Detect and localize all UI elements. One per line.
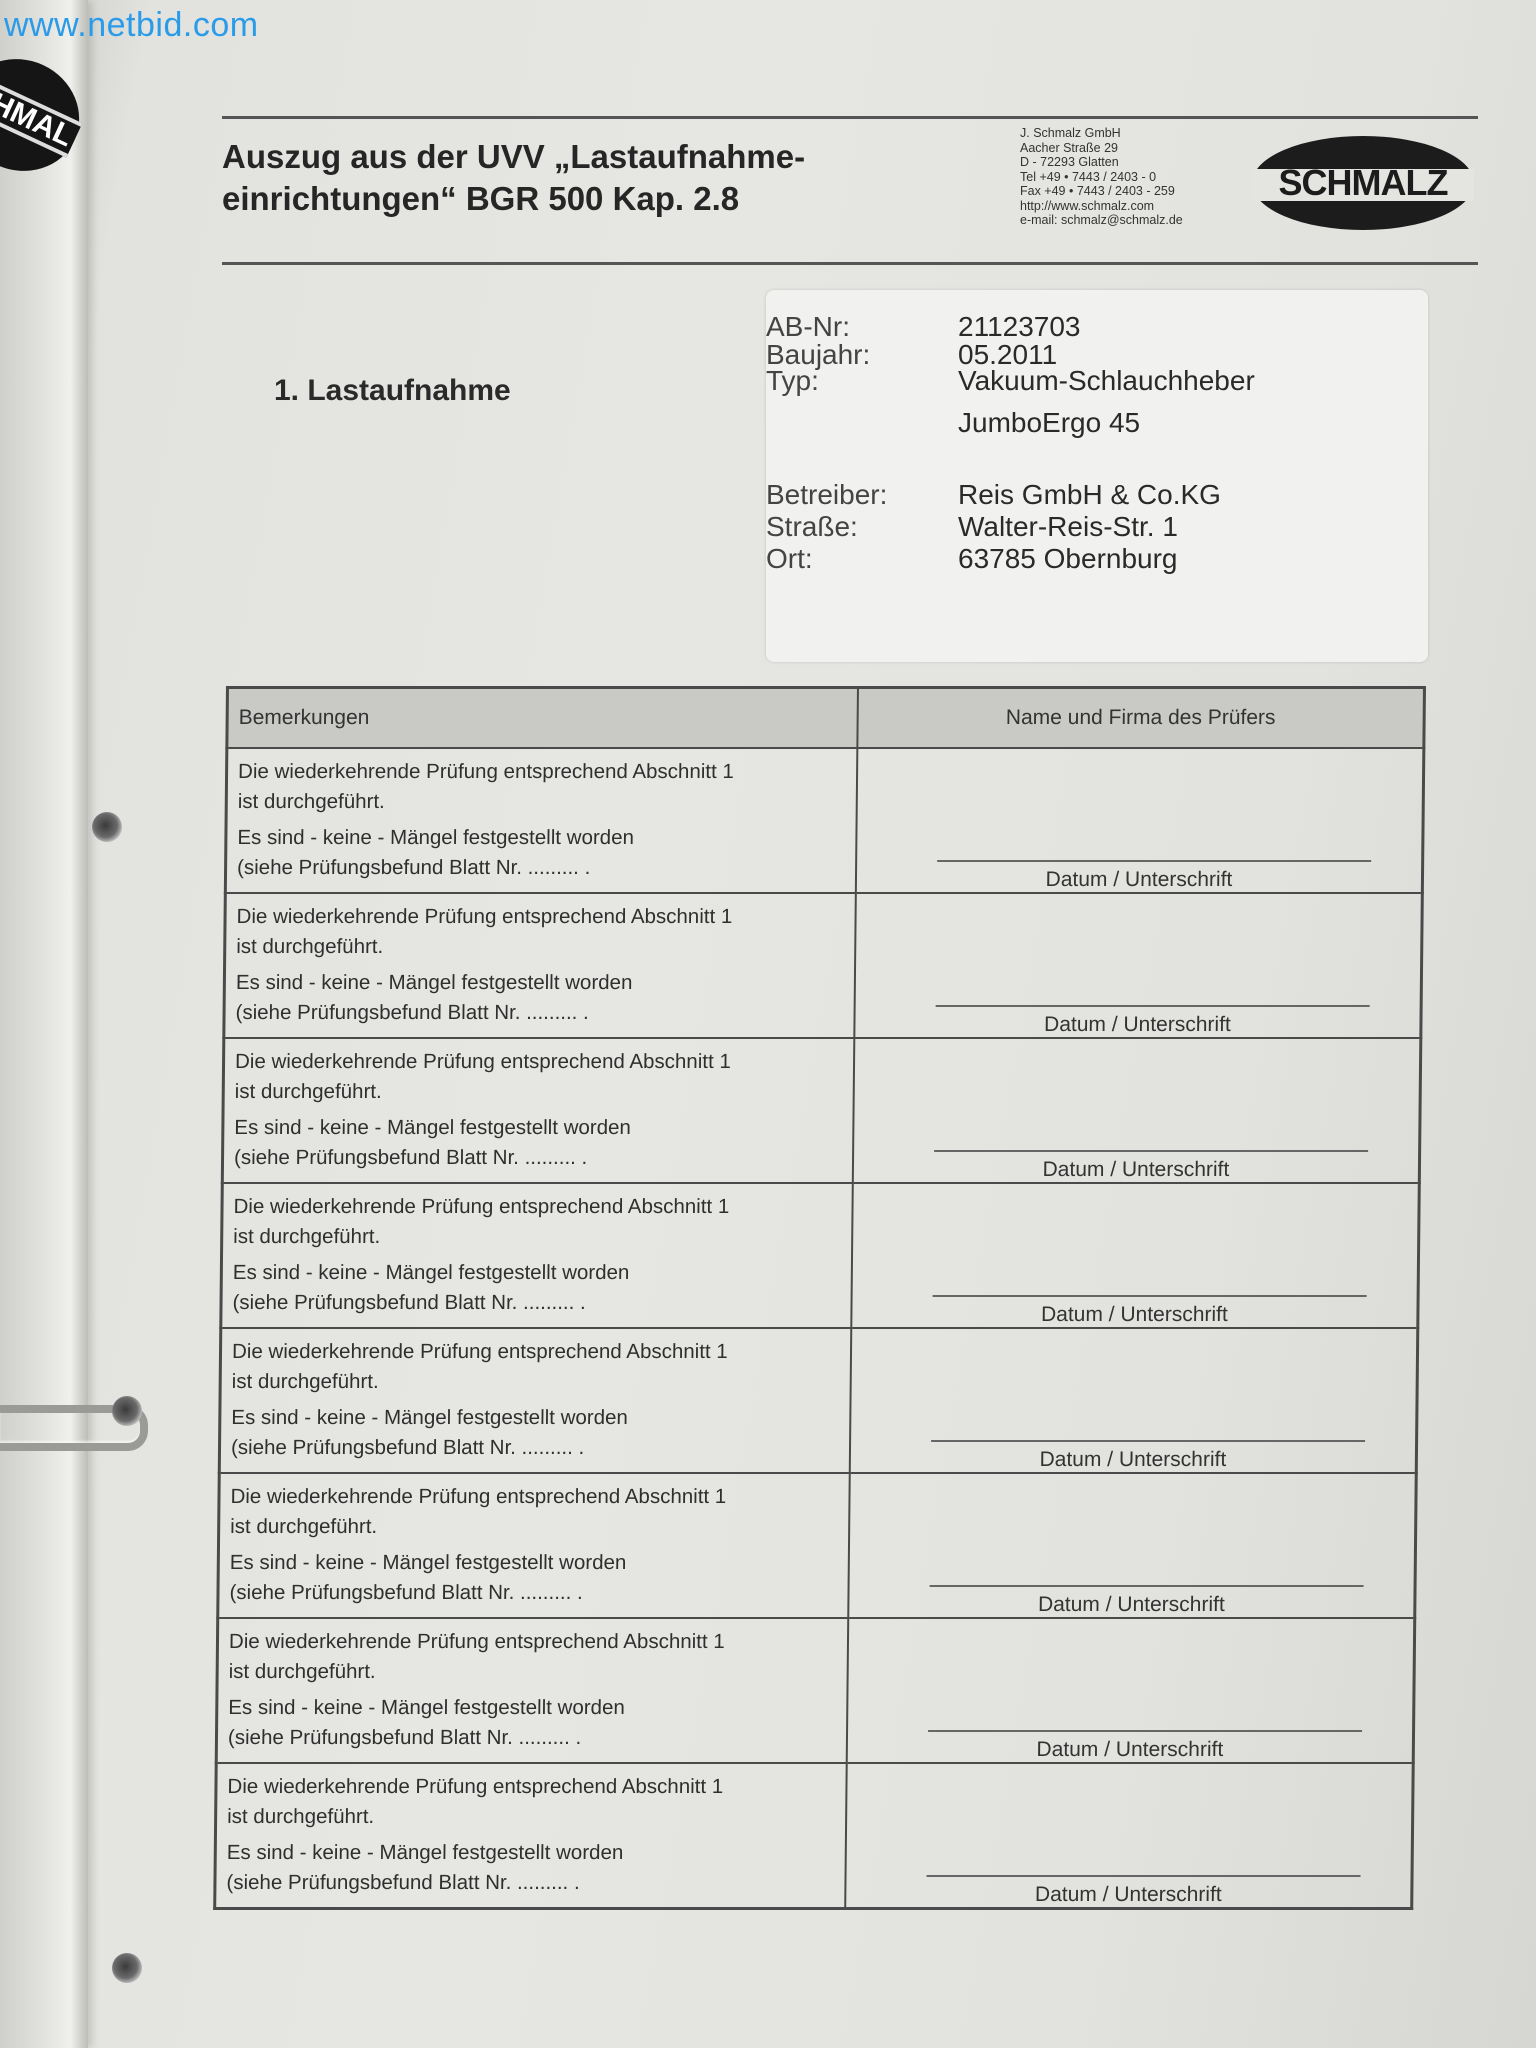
label-value: Reis GmbH & Co.KG [958, 480, 1221, 510]
remark-line: (siehe Prüfungsbefund Blatt Nr. ........… [228, 1723, 836, 1753]
signature-caption: Datum / Unterschrift [854, 1158, 1418, 1182]
company-address: J. Schmalz GmbHAacher Straße 29D - 72293… [1020, 126, 1183, 228]
remarks-cell: Die wiederkehrende Prüfung entsprechend … [221, 1183, 853, 1328]
remark-line: ist durchgeführt. [233, 1222, 841, 1252]
table-row: Die wiederkehrende Prüfung entsprechend … [215, 1763, 1414, 1909]
table-row: Die wiederkehrende Prüfung entsprechend … [225, 748, 1424, 893]
signature-caption: Datum / Unterschrift [851, 1448, 1415, 1472]
signature-line [937, 860, 1371, 862]
remark-line: (siehe Prüfungsbefund Blatt Nr. ........… [232, 1288, 840, 1318]
signature-caption: Datum / Unterschrift [855, 1013, 1419, 1037]
remark-line: Es sind - keine - Mängel festgestellt wo… [227, 1838, 835, 1868]
remark-line: Die wiederkehrende Prüfung entsprechend … [233, 1192, 841, 1222]
remark-line: (siehe Prüfungsbefund Blatt Nr. ........… [229, 1578, 837, 1608]
label-key: Betreiber: [766, 480, 946, 510]
remark-line: (siehe Prüfungsbefund Blatt Nr. ........… [234, 1143, 842, 1173]
remark-line: ist durchgeführt. [230, 1512, 838, 1542]
company-line: http://www.schmalz.com [1020, 199, 1183, 214]
inspection-table: Bemerkungen Name und Firma des Prüfers D… [213, 686, 1426, 1910]
remark-line: (siehe Prüfungsbefund Blatt Nr. ........… [237, 853, 845, 883]
table-row: Die wiederkehrende Prüfung entsprechend … [221, 1183, 1420, 1328]
signature-line [933, 1295, 1367, 1297]
signature-caption: Datum / Unterschrift [852, 1303, 1416, 1327]
remarks-cell: Die wiederkehrende Prüfung entsprechend … [225, 748, 857, 893]
signature-line [927, 1875, 1361, 1877]
signature-caption: Datum / Unterschrift [846, 1883, 1410, 1907]
remark-line: (siehe Prüfungsbefund Blatt Nr. ........… [235, 998, 843, 1028]
company-line: J. Schmalz GmbH [1020, 126, 1183, 141]
label-key: Ort: [766, 544, 946, 574]
header-top-rule [222, 116, 1478, 119]
signature-cell[interactable]: Datum / Unterschrift [850, 1328, 1418, 1473]
remarks-cell: Die wiederkehrende Prüfung entsprechend … [215, 1763, 847, 1909]
watermark: www.netbid.com [4, 6, 259, 45]
remark-line: Es sind - keine - Mängel festgestellt wo… [230, 1548, 838, 1578]
remark-line: Die wiederkehrende Prüfung entsprechend … [236, 902, 844, 932]
table-row: Die wiederkehrende Prüfung entsprechend … [216, 1618, 1415, 1763]
signature-caption: Datum / Unterschrift [849, 1593, 1413, 1617]
remark-line: (siehe Prüfungsbefund Blatt Nr. ........… [231, 1433, 839, 1463]
equipment-label: AB-Nr:21123703Baujahr:05.2011Typ:Vakuum-… [766, 290, 1428, 662]
label-value: Walter-Reis-Str. 1 [958, 512, 1178, 542]
signature-cell[interactable]: Datum / Unterschrift [847, 1618, 1415, 1763]
label-key: Straße: [766, 512, 946, 542]
header-bottom-rule [222, 262, 1478, 265]
signature-line [934, 1150, 1368, 1152]
remarks-cell: Die wiederkehrende Prüfung entsprechend … [218, 1473, 850, 1618]
table-row: Die wiederkehrende Prüfung entsprechend … [222, 1038, 1421, 1183]
remarks-cell: Die wiederkehrende Prüfung entsprechend … [219, 1328, 851, 1473]
signature-cell[interactable]: Datum / Unterschrift [856, 748, 1424, 893]
label-value: Vakuum-Schlauchheber [958, 366, 1255, 396]
signature-caption: Datum / Unterschrift [848, 1738, 1412, 1762]
remark-line: (siehe Prüfungsbefund Blatt Nr. ........… [226, 1868, 834, 1898]
remark-line: Es sind - keine - Mängel festgestellt wo… [234, 1113, 842, 1143]
schmalz-logo: SCHMALZ [1252, 136, 1474, 230]
table-row: Die wiederkehrende Prüfung entsprechend … [219, 1328, 1418, 1473]
signature-cell[interactable]: Datum / Unterschrift [851, 1183, 1419, 1328]
remarks-cell: Die wiederkehrende Prüfung entsprechend … [216, 1618, 848, 1763]
logo-text: SCHMALZ [1279, 162, 1448, 204]
remark-line: Es sind - keine - Mängel festgestellt wo… [233, 1258, 841, 1288]
document-title: Auszug aus der UVV „Lastaufnahme- einric… [222, 136, 805, 220]
signature-cell[interactable]: Datum / Unterschrift [845, 1763, 1413, 1909]
signature-cell[interactable]: Datum / Unterschrift [854, 893, 1422, 1038]
remark-line: ist durchgeführt. [235, 1077, 843, 1107]
remark-line: ist durchgeführt. [227, 1802, 835, 1832]
signature-cell[interactable]: Datum / Unterschrift [853, 1038, 1421, 1183]
remark-line: Es sind - keine - Mängel festgestellt wo… [237, 823, 845, 853]
company-line: D - 72293 Glatten [1020, 155, 1183, 170]
remark-line: Die wiederkehrende Prüfung entsprechend … [238, 757, 846, 787]
remark-line: ist durchgeführt. [238, 787, 846, 817]
title-line-1: Auszug aus der UVV „Lastaufnahme- [222, 136, 805, 178]
remark-line: ist durchgeführt. [236, 932, 844, 962]
column-header-inspector: Name und Firma des Prüfers [857, 688, 1424, 749]
remark-line: Es sind - keine - Mängel festgestellt wo… [228, 1693, 836, 1723]
signature-caption: Datum / Unterschrift [857, 868, 1421, 892]
remark-line: Die wiederkehrende Prüfung entsprechend … [227, 1772, 835, 1802]
signature-line [930, 1585, 1364, 1587]
remark-line: ist durchgeführt. [229, 1657, 837, 1687]
remark-line: Die wiederkehrende Prüfung entsprechend … [232, 1337, 840, 1367]
remark-line: Die wiederkehrende Prüfung entsprechend … [235, 1047, 843, 1077]
company-line: Tel +49 • 7443 / 2403 - 0 [1020, 170, 1183, 185]
signature-line [928, 1730, 1362, 1732]
remark-line: Die wiederkehrende Prüfung entsprechend … [229, 1627, 837, 1657]
remark-line: Es sind - keine - Mängel festgestellt wo… [236, 968, 844, 998]
remark-line: Die wiederkehrende Prüfung entsprechend … [230, 1482, 838, 1512]
company-line: e-mail: schmalz@schmalz.de [1020, 213, 1183, 228]
signature-line [931, 1440, 1365, 1442]
remark-line: ist durchgeführt. [232, 1367, 840, 1397]
label-value: JumboErgo 45 [958, 408, 1140, 438]
remarks-cell: Die wiederkehrende Prüfung entsprechend … [222, 1038, 854, 1183]
title-line-2: einrichtungen“ BGR 500 Kap. 2.8 [222, 178, 805, 220]
signature-cell[interactable]: Datum / Unterschrift [848, 1473, 1416, 1618]
table-header-row: Bemerkungen Name und Firma des Prüfers [227, 688, 1425, 749]
label-value: 21123703 [958, 312, 1081, 342]
label-value: 63785 Obernburg [958, 544, 1178, 574]
remark-line: Es sind - keine - Mängel festgestellt wo… [231, 1403, 839, 1433]
table-row: Die wiederkehrende Prüfung entsprechend … [224, 893, 1423, 1038]
column-header-remarks: Bemerkungen [227, 688, 858, 749]
section-heading: 1. Lastaufnahme [274, 374, 511, 408]
table-row: Die wiederkehrende Prüfung entsprechend … [218, 1473, 1417, 1618]
signature-line [936, 1005, 1370, 1007]
label-key: Typ: [766, 366, 946, 396]
company-line: Fax +49 • 7443 / 2403 - 259 [1020, 184, 1183, 199]
document-page: Auszug aus der UVV „Lastaufnahme- einric… [0, 0, 1536, 2048]
company-line: Aacher Straße 29 [1020, 141, 1183, 156]
remarks-cell: Die wiederkehrende Prüfung entsprechend … [224, 893, 856, 1038]
label-key: AB-Nr: [766, 312, 946, 342]
